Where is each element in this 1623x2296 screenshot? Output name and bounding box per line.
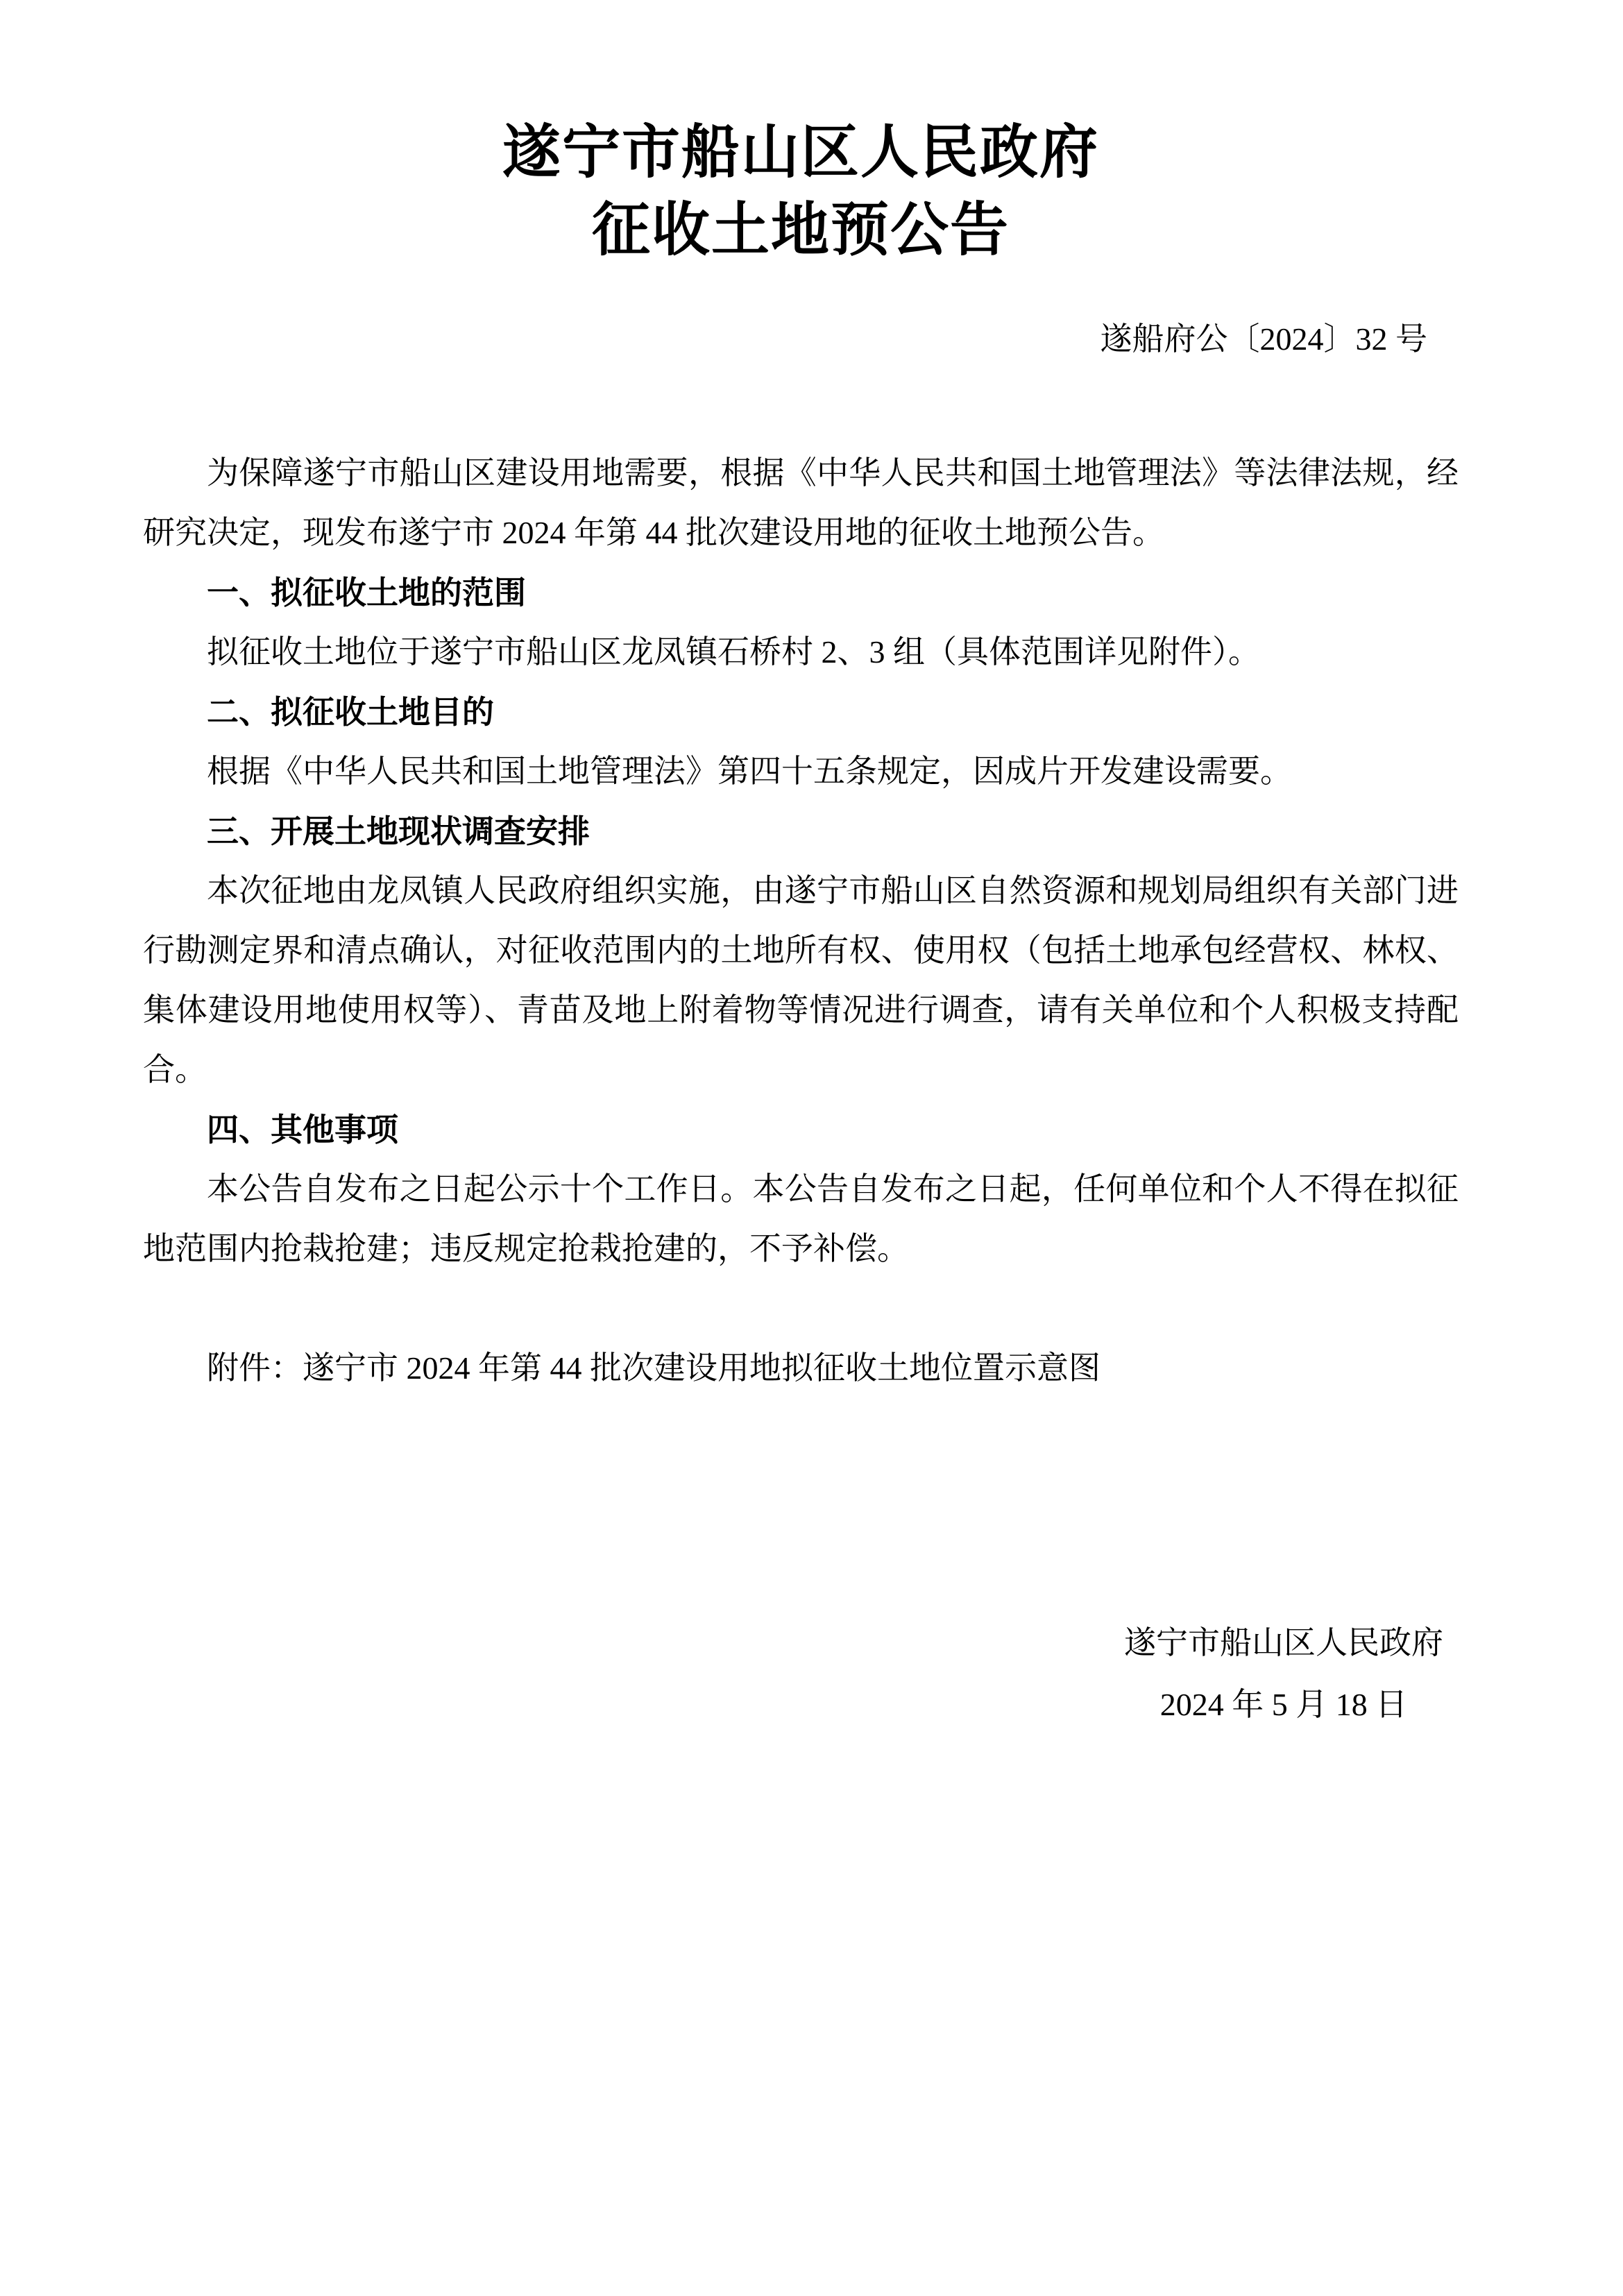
document-number: 遂船府公〔2024〕32 号 bbox=[143, 323, 1459, 356]
body-paragraph: 拟征收土地位于遂宁市船山区龙凤镇石桥村 2、3 组（具体范围详见附件）。 bbox=[143, 622, 1459, 682]
document-title-line2: 征收土地预公告 bbox=[143, 192, 1459, 270]
signature-inner: 遂宁市船山区人民政府 2024 年 5 月 18 日 bbox=[1124, 1613, 1443, 1735]
body-paragraph: 本公告自发布之日起公示十个工作日。本公告自发布之日起，任何单位和个人不得在拟征地… bbox=[143, 1159, 1459, 1279]
signature-issuer: 遂宁市船山区人民政府 bbox=[1124, 1613, 1443, 1673]
document-body: 为保障遂宁市船山区建设用地需要，根据《中华人民共和国土地管理法》等法律法规，经研… bbox=[143, 443, 1459, 1279]
document-title-line1: 遂宁市船山区人民政府 bbox=[143, 114, 1459, 192]
section-heading: 二、拟征收土地目的 bbox=[143, 682, 1459, 742]
signature-block: 遂宁市船山区人民政府 2024 年 5 月 18 日 bbox=[143, 1613, 1459, 1735]
body-paragraph: 根据《中华人民共和国土地管理法》第四十五条规定，因成片开发建设需要。 bbox=[143, 742, 1459, 801]
document-title: 遂宁市船山区人民政府 征收土地预公告 bbox=[143, 114, 1459, 270]
document-page: 遂宁市船山区人民政府 征收土地预公告 遂船府公〔2024〕32 号 为保障遂宁市… bbox=[0, 0, 1623, 2296]
section-heading: 一、拟征收土地的范围 bbox=[143, 563, 1459, 622]
section-heading: 三、开展土地现状调查安排 bbox=[143, 801, 1459, 861]
body-paragraph: 为保障遂宁市船山区建设用地需要，根据《中华人民共和国土地管理法》等法律法规，经研… bbox=[143, 443, 1459, 563]
attachment-line: 附件：遂宁市 2024 年第 44 批次建设用地拟征收土地位置示意图 bbox=[143, 1338, 1459, 1398]
section-heading: 四、其他事项 bbox=[143, 1100, 1459, 1159]
body-paragraph: 本次征地由龙凤镇人民政府组织实施，由遂宁市船山区自然资源和规划局组织有关部门进行… bbox=[143, 861, 1459, 1100]
signature-date: 2024 年 5 月 18 日 bbox=[1124, 1675, 1443, 1735]
